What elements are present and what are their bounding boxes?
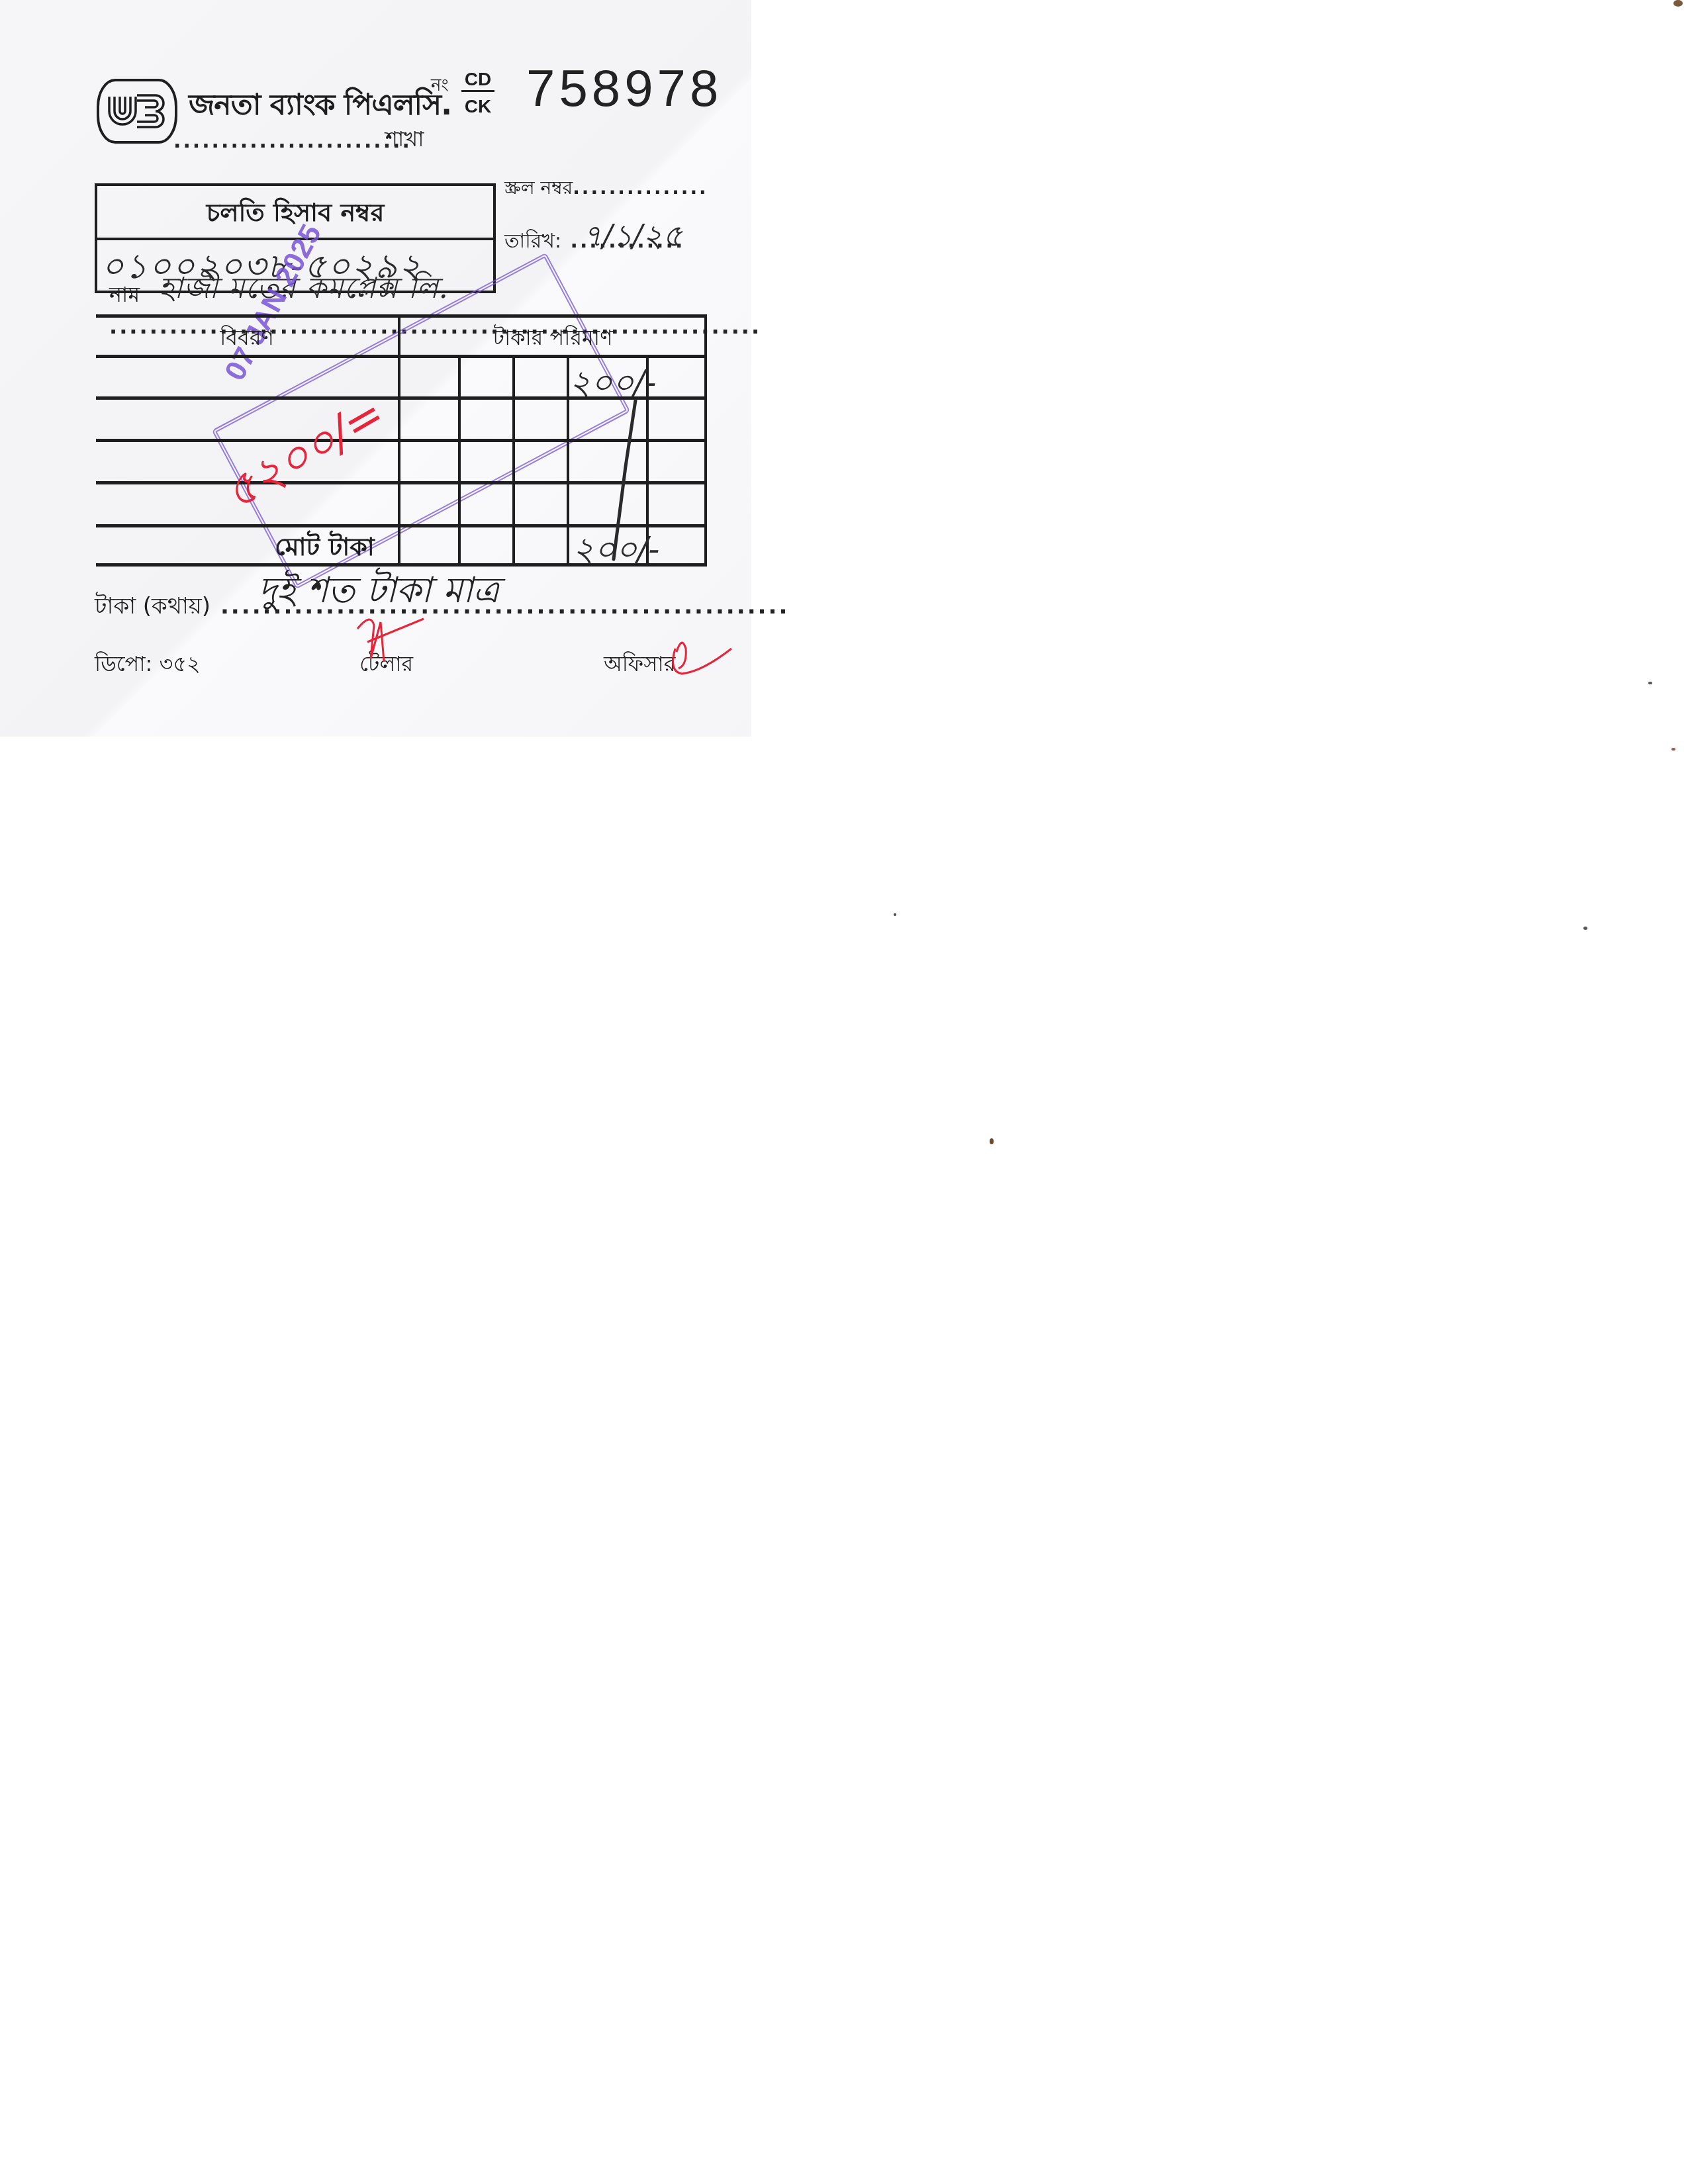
scan-speck [1583, 927, 1587, 930]
scan-speck [1648, 682, 1652, 684]
janata-bank-logo-icon [96, 78, 178, 144]
date-label: তারিখ: [504, 230, 561, 253]
serial-prefix: নং [431, 71, 449, 101]
amount-in-words-label: টাকা (কথায়) [95, 593, 211, 619]
amount-table: বিবরণ টাকার পরিমাণ ২০০/- মোট টাকা ২০০/- [96, 314, 707, 565]
col-description-header: বিবরণ [96, 321, 398, 357]
officer-signature-icon [662, 635, 735, 682]
date-value: ৭/১/২৫ [583, 213, 682, 263]
serial-number: 758978 [526, 58, 722, 118]
total-amount: ২০০/- [573, 525, 659, 580]
col-amount-header: টাকার পরিমাণ [400, 321, 705, 357]
scan-speck [1673, 0, 1683, 7]
branch-field-dots: ......................... [173, 130, 412, 153]
scroll-number-dots: ............... [573, 177, 708, 199]
scroll-number-field: স্ক্রল নম্বর............... [504, 173, 708, 205]
scan-speck [894, 913, 896, 916]
depot-label: ডিপো: ৩৫২ [95, 647, 201, 683]
serial-type-ck: CK [461, 96, 494, 117]
scan-speck [1671, 748, 1675, 751]
teller-signature-icon [344, 609, 430, 668]
branch-label: শাখা [385, 122, 424, 158]
scan-speck [990, 1138, 994, 1144]
deposit-slip: জনতা ব্যাংক পিএলসি. ....................… [0, 0, 751, 737]
serial-type-cd: CD [461, 69, 494, 92]
scroll-number-label: স্ক্রল নম্বর [504, 177, 573, 199]
name-label: নাম [109, 282, 140, 307]
